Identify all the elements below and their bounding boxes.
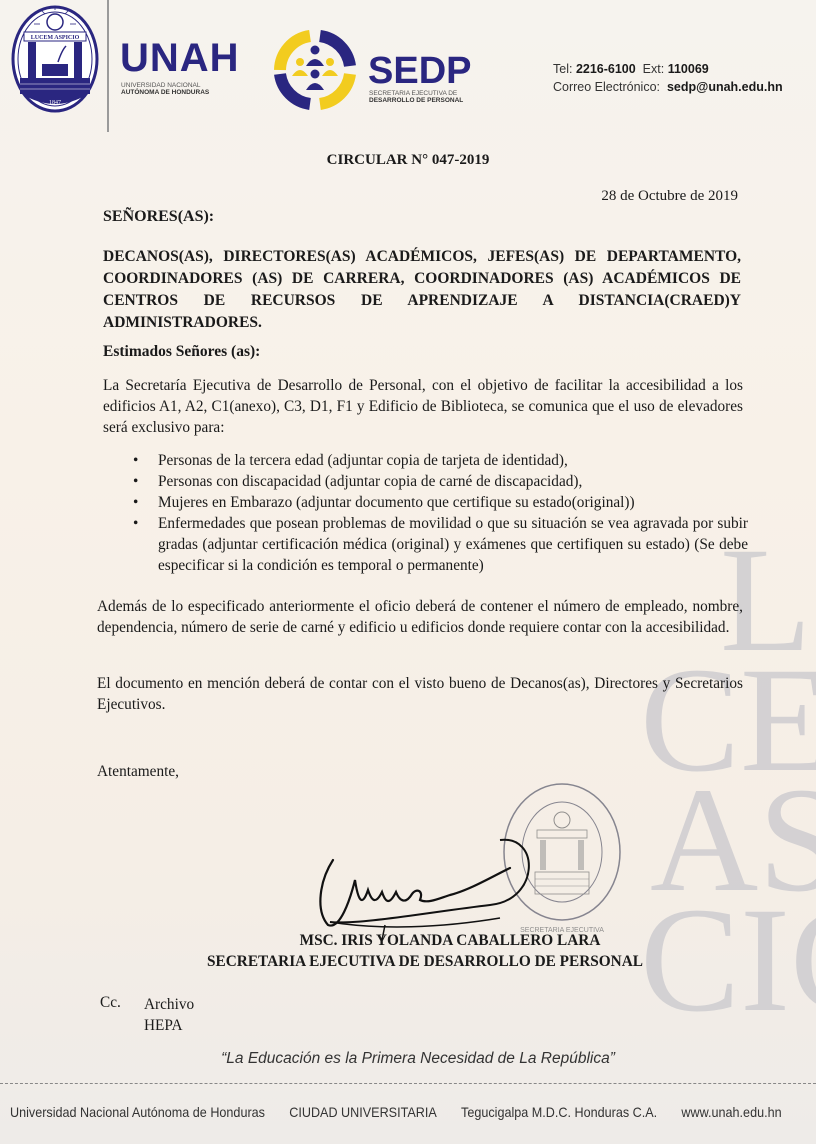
eligibility-list: •Personas de la tercera edad (adjuntar c… <box>103 450 748 576</box>
phone-line: Tel: 2216-6100 Ext: 110069 <box>553 60 783 78</box>
header-divider <box>107 0 109 132</box>
list-item: •Enfermedades que posean problemas de mo… <box>103 513 748 576</box>
unah-subtitle-line1: UNIVERSIDAD NACIONAL <box>121 82 200 89</box>
footer-bar: Universidad Nacional Autónoma de Hondura… <box>10 1104 748 1120</box>
footer-university: Universidad Nacional Autónoma de Hondura… <box>10 1104 265 1120</box>
contact-block: Tel: 2216-6100 Ext: 110069 Correo Electr… <box>553 60 783 96</box>
footer-city: Tegucigalpa M.D.C. Honduras C.A. <box>461 1104 657 1120</box>
greeting: Estimados Señores (as): <box>103 343 260 361</box>
watermark-line: ASP <box>650 780 816 900</box>
bullet-icon: • <box>133 450 138 471</box>
tel-value: 2216-6100 <box>576 62 636 76</box>
footer-campus: CIUDAD UNIVERSITARIA <box>289 1104 436 1120</box>
unah-subtitle-line2: AUTÓNOMA DE HONDURAS <box>121 89 209 96</box>
bullet-icon: • <box>133 471 138 492</box>
closing: Atentamente, <box>97 763 179 781</box>
recipients-list: DECANOS(AS), DIRECTORES(AS) ACADÉMICOS, … <box>103 246 741 334</box>
bullet-icon: • <box>133 513 138 534</box>
sedp-subtitle-line1: SECRETARIA EJECUTIVA DE <box>369 90 457 97</box>
circular-title: CIRCULAR N° 047-2019 <box>0 152 816 169</box>
cc-item: Archivo <box>144 994 194 1015</box>
salutation: SEÑORES(AS): <box>103 208 214 226</box>
email-label: Correo Electrónico: <box>553 80 660 94</box>
list-item-text: Enfermedades que posean problemas de mov… <box>158 515 748 574</box>
paragraph-intro: La Secretaría Ejecutiva de Desarrollo de… <box>103 375 743 438</box>
tel-label: Tel: <box>553 62 572 76</box>
signature-icon <box>300 830 530 940</box>
bullet-icon: • <box>133 492 138 513</box>
sedp-subtitle-line2: DESARROLLO DE PERSONAL <box>369 97 463 104</box>
document-date: 28 de Octubre de 2019 <box>601 188 738 205</box>
svg-text:LUCEM ASPICIO: LUCEM ASPICIO <box>31 35 80 41</box>
email-link[interactable]: sedp@unah.edu.hn <box>667 80 783 94</box>
list-item-text: Personas con discapacidad (adjuntar copi… <box>158 473 582 490</box>
list-item: •Mujeres en Embarazo (adjuntar documento… <box>103 492 748 513</box>
institution-motto: “La Educación es la Primera Necesidad de… <box>0 1050 816 1068</box>
paragraph-requirements: Además de lo especificado anteriormente … <box>97 596 743 638</box>
ext-value: 110069 <box>668 62 709 76</box>
footer-divider <box>0 1083 816 1084</box>
footer-website-link[interactable]: www.unah.edu.hn <box>681 1104 781 1120</box>
cc-item: HEPA <box>144 1015 194 1036</box>
list-item: •Personas de la tercera edad (adjuntar c… <box>103 450 748 471</box>
svg-text:1847: 1847 <box>49 100 61 106</box>
ext-label: Ext: <box>643 62 665 76</box>
list-item-text: Mujeres en Embarazo (adjuntar documento … <box>158 494 635 511</box>
signer-role: SECRETARIA EJECUTIVA DE DESARROLLO DE PE… <box>0 953 816 971</box>
cc-list: Archivo HEPA <box>144 994 194 1036</box>
university-seal-icon: LUCEM ASPICIO 1847 <box>10 4 100 114</box>
paragraph-approval: El documento en mención deberá de contar… <box>97 673 743 715</box>
unah-logo-text: UNAH <box>120 38 240 78</box>
list-item: •Personas con discapacidad (adjuntar cop… <box>103 471 748 492</box>
sedp-people-logo-icon <box>270 30 360 110</box>
list-item-text: Personas de la tercera edad (adjuntar co… <box>158 452 568 469</box>
sedp-logo-text: SEDP <box>368 52 471 90</box>
email-line: Correo Electrónico: sedp@unah.edu.hn <box>553 78 783 96</box>
cc-label: Cc. <box>100 994 121 1012</box>
